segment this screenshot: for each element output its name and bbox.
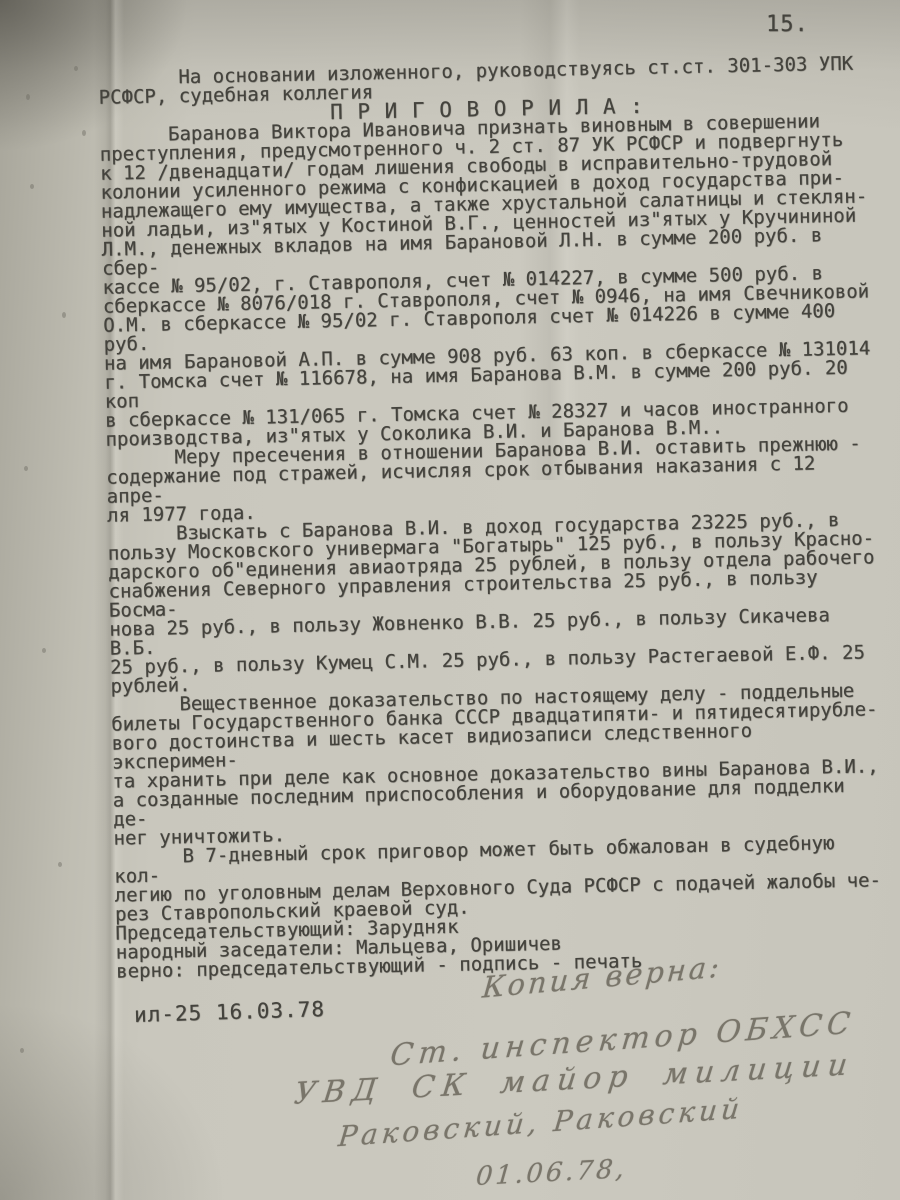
document-photo: 15. На основании изложенного, руководств… (0, 0, 900, 1200)
paper-speck (24, 466, 28, 471)
paper-speck (30, 184, 34, 189)
handwritten-date: 01.06.78, (475, 1154, 628, 1192)
evidence-paragraph: Вещественное доказательство по настоящем… (111, 681, 890, 849)
paper-speck (74, 66, 78, 71)
sentencing-paragraph: Баранова Виктора Ивановича признать вино… (99, 111, 881, 450)
page-number: 15. (766, 12, 809, 37)
paper-speck (62, 312, 66, 318)
filing-note: ил-25 16.03.78 (134, 997, 326, 1027)
paper-speck (20, 1048, 24, 1053)
restitution-paragraph: Взыскать с Баранова В.И. в доход государ… (107, 510, 886, 697)
document-body: На основании изложенного, руководствуясь… (98, 54, 892, 981)
paper-speck (82, 130, 86, 136)
paper-speck (58, 862, 62, 867)
paper-speck (42, 648, 46, 653)
paper-speck (26, 94, 30, 100)
